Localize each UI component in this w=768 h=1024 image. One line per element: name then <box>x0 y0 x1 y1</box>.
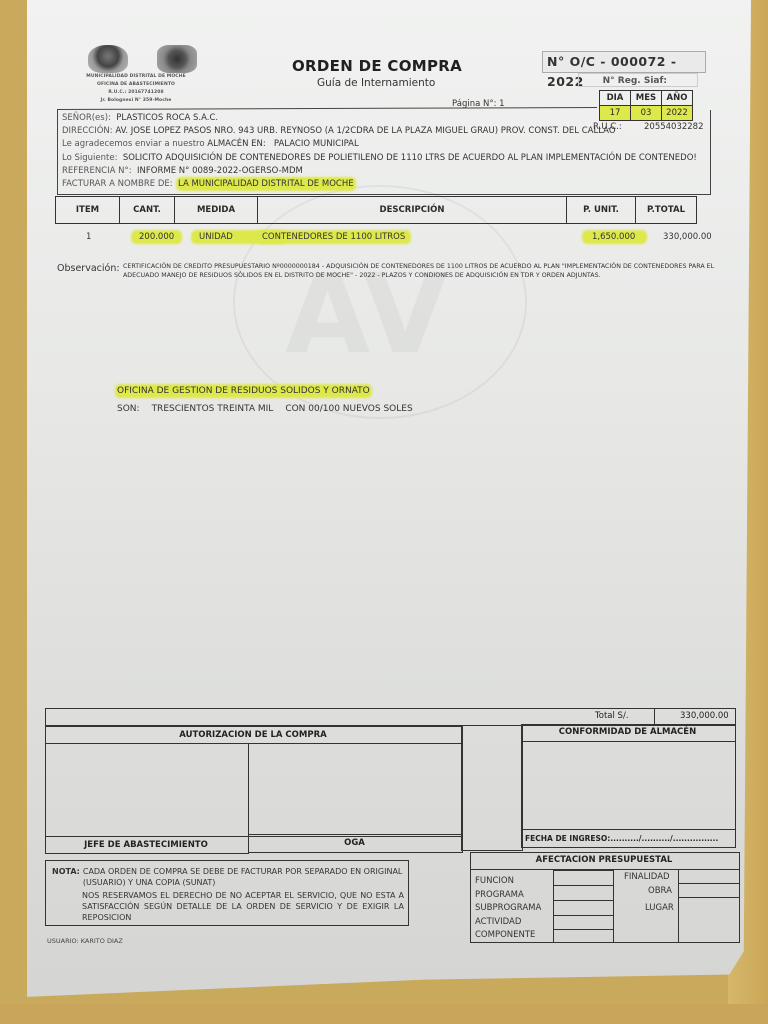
observation-text: CERTIFICACIÓN DE CREDITO PRESUPUESTARIO … <box>123 263 723 280</box>
son-label: SON: <box>117 404 140 414</box>
budget-programa: PROGRAMA <box>475 890 524 900</box>
items-table: ITEM CANT. MEDIDA DESCRIPCIÓN P. UNIT. P… <box>55 196 697 224</box>
warehouse-label: ALMACÉN EN: <box>207 139 266 149</box>
supplier-line: SEÑOR(es): PLASTICOS ROCA S.A.C. <box>62 113 218 123</box>
budget-subprograma: SUBPROGRAMA <box>475 903 541 913</box>
col-p-unit: P. UNIT. <box>567 197 636 224</box>
warehouse-conformity-box <box>521 741 736 830</box>
row-descripcion: CONTENEDORES DE 1100 LITROS <box>258 232 409 242</box>
total-value: 330,000.00 <box>680 711 729 721</box>
warehouse-prefix: Le agradecemos enviar a nuestro <box>62 139 205 149</box>
requesting-office: OFICINA DE GESTION DE RESIDUOS SOLIDOS Y… <box>117 386 370 396</box>
supplier-label: SEÑOR(es): <box>62 113 111 123</box>
budget-field-obra[interactable] <box>678 883 740 898</box>
supplier-ruc-label: R.U.C.: <box>593 122 622 132</box>
request-line: Lo Siguiente: SOLICITO ADQUISICIÓN DE CO… <box>62 153 697 163</box>
request-label: Lo Siguiente: <box>62 153 117 163</box>
signer-oga: OGA <box>248 838 461 848</box>
row-p-unit: 1,650.000 <box>584 232 645 242</box>
col-medida: MEDIDA <box>175 197 258 224</box>
row-p-total: 330,000.00 <box>663 232 712 242</box>
municipal-crest-icon <box>88 45 128 73</box>
budget-componente: COMPONENTE <box>475 930 535 940</box>
invoice-label: FACTURAR A NOMBRE DE: <box>62 179 173 189</box>
entry-date-field: FECHA DE INGRESO:........../........../.… <box>525 834 718 843</box>
col-cant: CANT. <box>120 197 175 224</box>
budget-actividad: ACTIVIDAD <box>475 917 521 927</box>
warehouse-location: PALACIO MUNICIPAL <box>274 139 359 149</box>
budget-field-finalidad[interactable] <box>678 869 740 884</box>
budget-field-actividad[interactable] <box>553 915 614 930</box>
warehouse-line: Le agradecemos enviar a nuestro ALMACÉN … <box>62 139 359 149</box>
budget-title: AFECTACION PRESUPUESTAL <box>470 855 738 865</box>
institution-address: Jr. Bolognesi N° 359-Moche <box>56 97 216 105</box>
invoice-name: LA MUNICIPALIDAD DISTRITAL DE MOCHE <box>178 179 354 189</box>
signer-jefe: JEFE DE ABASTECIMIENTO <box>45 840 247 850</box>
order-number: N° O/C - 000072 - 2022 <box>542 51 706 73</box>
amount-in-words: SON:TRESCIENTOS TREINTA MILCON 00/100 NU… <box>117 404 425 414</box>
budget-field-lugar[interactable] <box>678 897 740 943</box>
note-line-2: NOS RESERVAMOS EL DERECHO DE NO ACEPTAR … <box>82 890 404 923</box>
desk-background-bottom <box>0 1004 768 1024</box>
document-title: ORDEN DE COMPRA <box>292 57 462 75</box>
note-line-1: NOTA:CADA ORDEN DE COMPRA SE DEBE DE FAC… <box>52 866 404 888</box>
signature-box-1 <box>45 743 249 837</box>
total-label: Total S/. <box>595 711 629 721</box>
budget-obra: OBRA <box>648 886 672 896</box>
district-emblem-icon <box>157 45 197 73</box>
user-name: USUARIO: KARITO DIAZ <box>47 937 123 945</box>
budget-field-programa[interactable] <box>553 885 614 901</box>
budget-field-componente[interactable] <box>553 929 614 943</box>
reference-line: REFERENCIA N°: INFORME N° 0089-2022-OGER… <box>62 166 303 176</box>
supplier-address: AV. JOSE LOPEZ PASOS NRO. 943 URB. REYNO… <box>115 126 615 136</box>
request-text: SOLICITO ADQUISICIÓN DE CONTENEDORES DE … <box>123 153 697 163</box>
son-cents: CON 00/100 NUEVOS SOLES <box>285 404 412 414</box>
budget-finalidad: FINALIDAD <box>624 872 670 882</box>
document-subtitle: Guía de Internamiento <box>317 77 435 89</box>
supplier-name: PLASTICOS ROCA S.A.C. <box>116 113 218 123</box>
middle-column <box>461 726 523 851</box>
row-cant: 200.000 <box>133 232 180 242</box>
date-header-month: MES <box>631 91 662 106</box>
son-words: TRESCIENTOS TREINTA MIL <box>152 404 274 414</box>
note-line-1-text: CADA ORDEN DE COMPRA SE DEBE DE FACTURAR… <box>83 866 404 888</box>
budget-funcion: FUNCION <box>475 876 514 886</box>
supplier-ruc: 20554032282 <box>644 122 704 132</box>
institution-name: MUNICIPALIDAD DISTRITAL DE MOCHE <box>56 73 216 81</box>
budget-field-subprograma[interactable] <box>553 900 614 916</box>
note-text: NOTA:CADA ORDEN DE COMPRA SE DEBE DE FAC… <box>52 866 404 923</box>
col-descripcion: DESCRIPCIÓN <box>258 197 567 224</box>
authorization-title: AUTORIZACION DE LA COMPRA <box>45 730 461 740</box>
budget-field-funcion[interactable] <box>553 870 614 886</box>
invoice-line: FACTURAR A NOMBRE DE: LA MUNICIPALIDAD D… <box>62 179 354 189</box>
col-item: ITEM <box>56 197 120 224</box>
note-label: NOTA: <box>52 866 80 888</box>
observation-label: Observación: <box>57 263 120 274</box>
budget-lugar: LUGAR <box>645 903 674 913</box>
institution-ruc: R.U.C.: 20167741208 <box>56 89 216 97</box>
date-header-year: AÑO <box>662 91 693 106</box>
col-p-total: P.TOTAL <box>636 197 697 224</box>
signature-box-2 <box>248 743 463 837</box>
reference-label: REFERENCIA N°: <box>62 166 132 176</box>
row-item: 1 <box>86 232 91 242</box>
siaf-reg-label: N° Reg. Siaf: <box>578 73 698 87</box>
institution-office: OFICINA DE ABASTECIMIENTO <box>56 81 216 89</box>
warehouse-conformity-title: CONFORMIDAD DE ALMACÉN <box>521 727 734 737</box>
date-header-day: DIA <box>600 91 631 106</box>
reference-value: INFORME N° 0089-2022-OGERSO-MDM <box>137 166 303 176</box>
address-line: DIRECCIÓN: AV. JOSE LOPEZ PASOS NRO. 943… <box>62 126 616 136</box>
address-label: DIRECCIÓN: <box>62 126 113 136</box>
